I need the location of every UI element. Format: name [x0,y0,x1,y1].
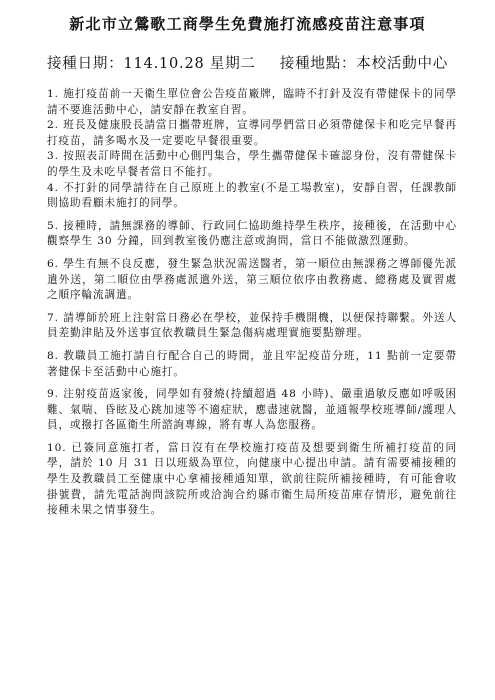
notice-item-6: 6. 學生有無不良反應，發生緊急狀況需送醫者，第一順位由無課務之導師優先派遣外送… [47,257,457,304]
notice-item-1: 1. 施打疫苗前一天衛生單位會公告疫苗廠牌，臨時不打針及沒有帶健保卡的同學請不要… [47,87,457,118]
notice-item-2: 2. 班長及健康股長請當日攜帶班牌，宣導同學們當日必須帶健保卡和吃完早餐再打疫苗… [47,118,457,149]
notice-item-3: 3. 按照表訂時間在活動中心側門集合，學生攜帶健保卡確認身份，沒有帶健保卡的學生… [47,149,457,180]
vaccination-info-line: 接種日期：114.10.28 星期二接種地點：本校活動中心 [47,54,448,74]
document-title: 新北市立鶯歌工商學生免費施打流感疫苗注意事項 [0,14,495,34]
document-page: 新北市立鶯歌工商學生免費施打流感疫苗注意事項 接種日期：114.10.28 星期… [0,0,495,700]
notice-item-4: 4. 不打針的同學請待在自己原班上的教室(不是工場教室)，安靜自習，任課教師則協… [47,181,457,212]
notice-item-7: 7. 請導師於班上注射當日務必在學校，並保持手機開機，以便保持聯繫。外送人員差勤… [47,311,457,342]
notice-item-9: 9. 注射疫苗返家後，同學如有發燒(持續超過 48 小時)、嚴重過敏反應如呼吸困… [47,387,457,434]
vaccination-location: 接種地點：本校活動中心 [280,56,448,72]
vaccination-date: 接種日期：114.10.28 星期二 [47,56,256,72]
notice-item-10: 10. 已簽同意施打者，當日沒有在學校施打疫苗及想要到衛生所補打疫苗的同學，請於… [47,441,457,519]
notice-item-8: 8. 教職員工施打請自行配合自己的時間，並且牢記疫苗分班，11 點前一定要帶著健… [47,349,457,380]
notice-item-5: 5. 接種時，請無課務的導師、行政同仁協助維持學生秩序，接種後，在活動中心觀察學… [47,219,457,250]
notice-list: 1. 施打疫苗前一天衛生單位會公告疫苗廠牌，臨時不打針及沒有帶健保卡的同學請不要… [47,87,457,519]
